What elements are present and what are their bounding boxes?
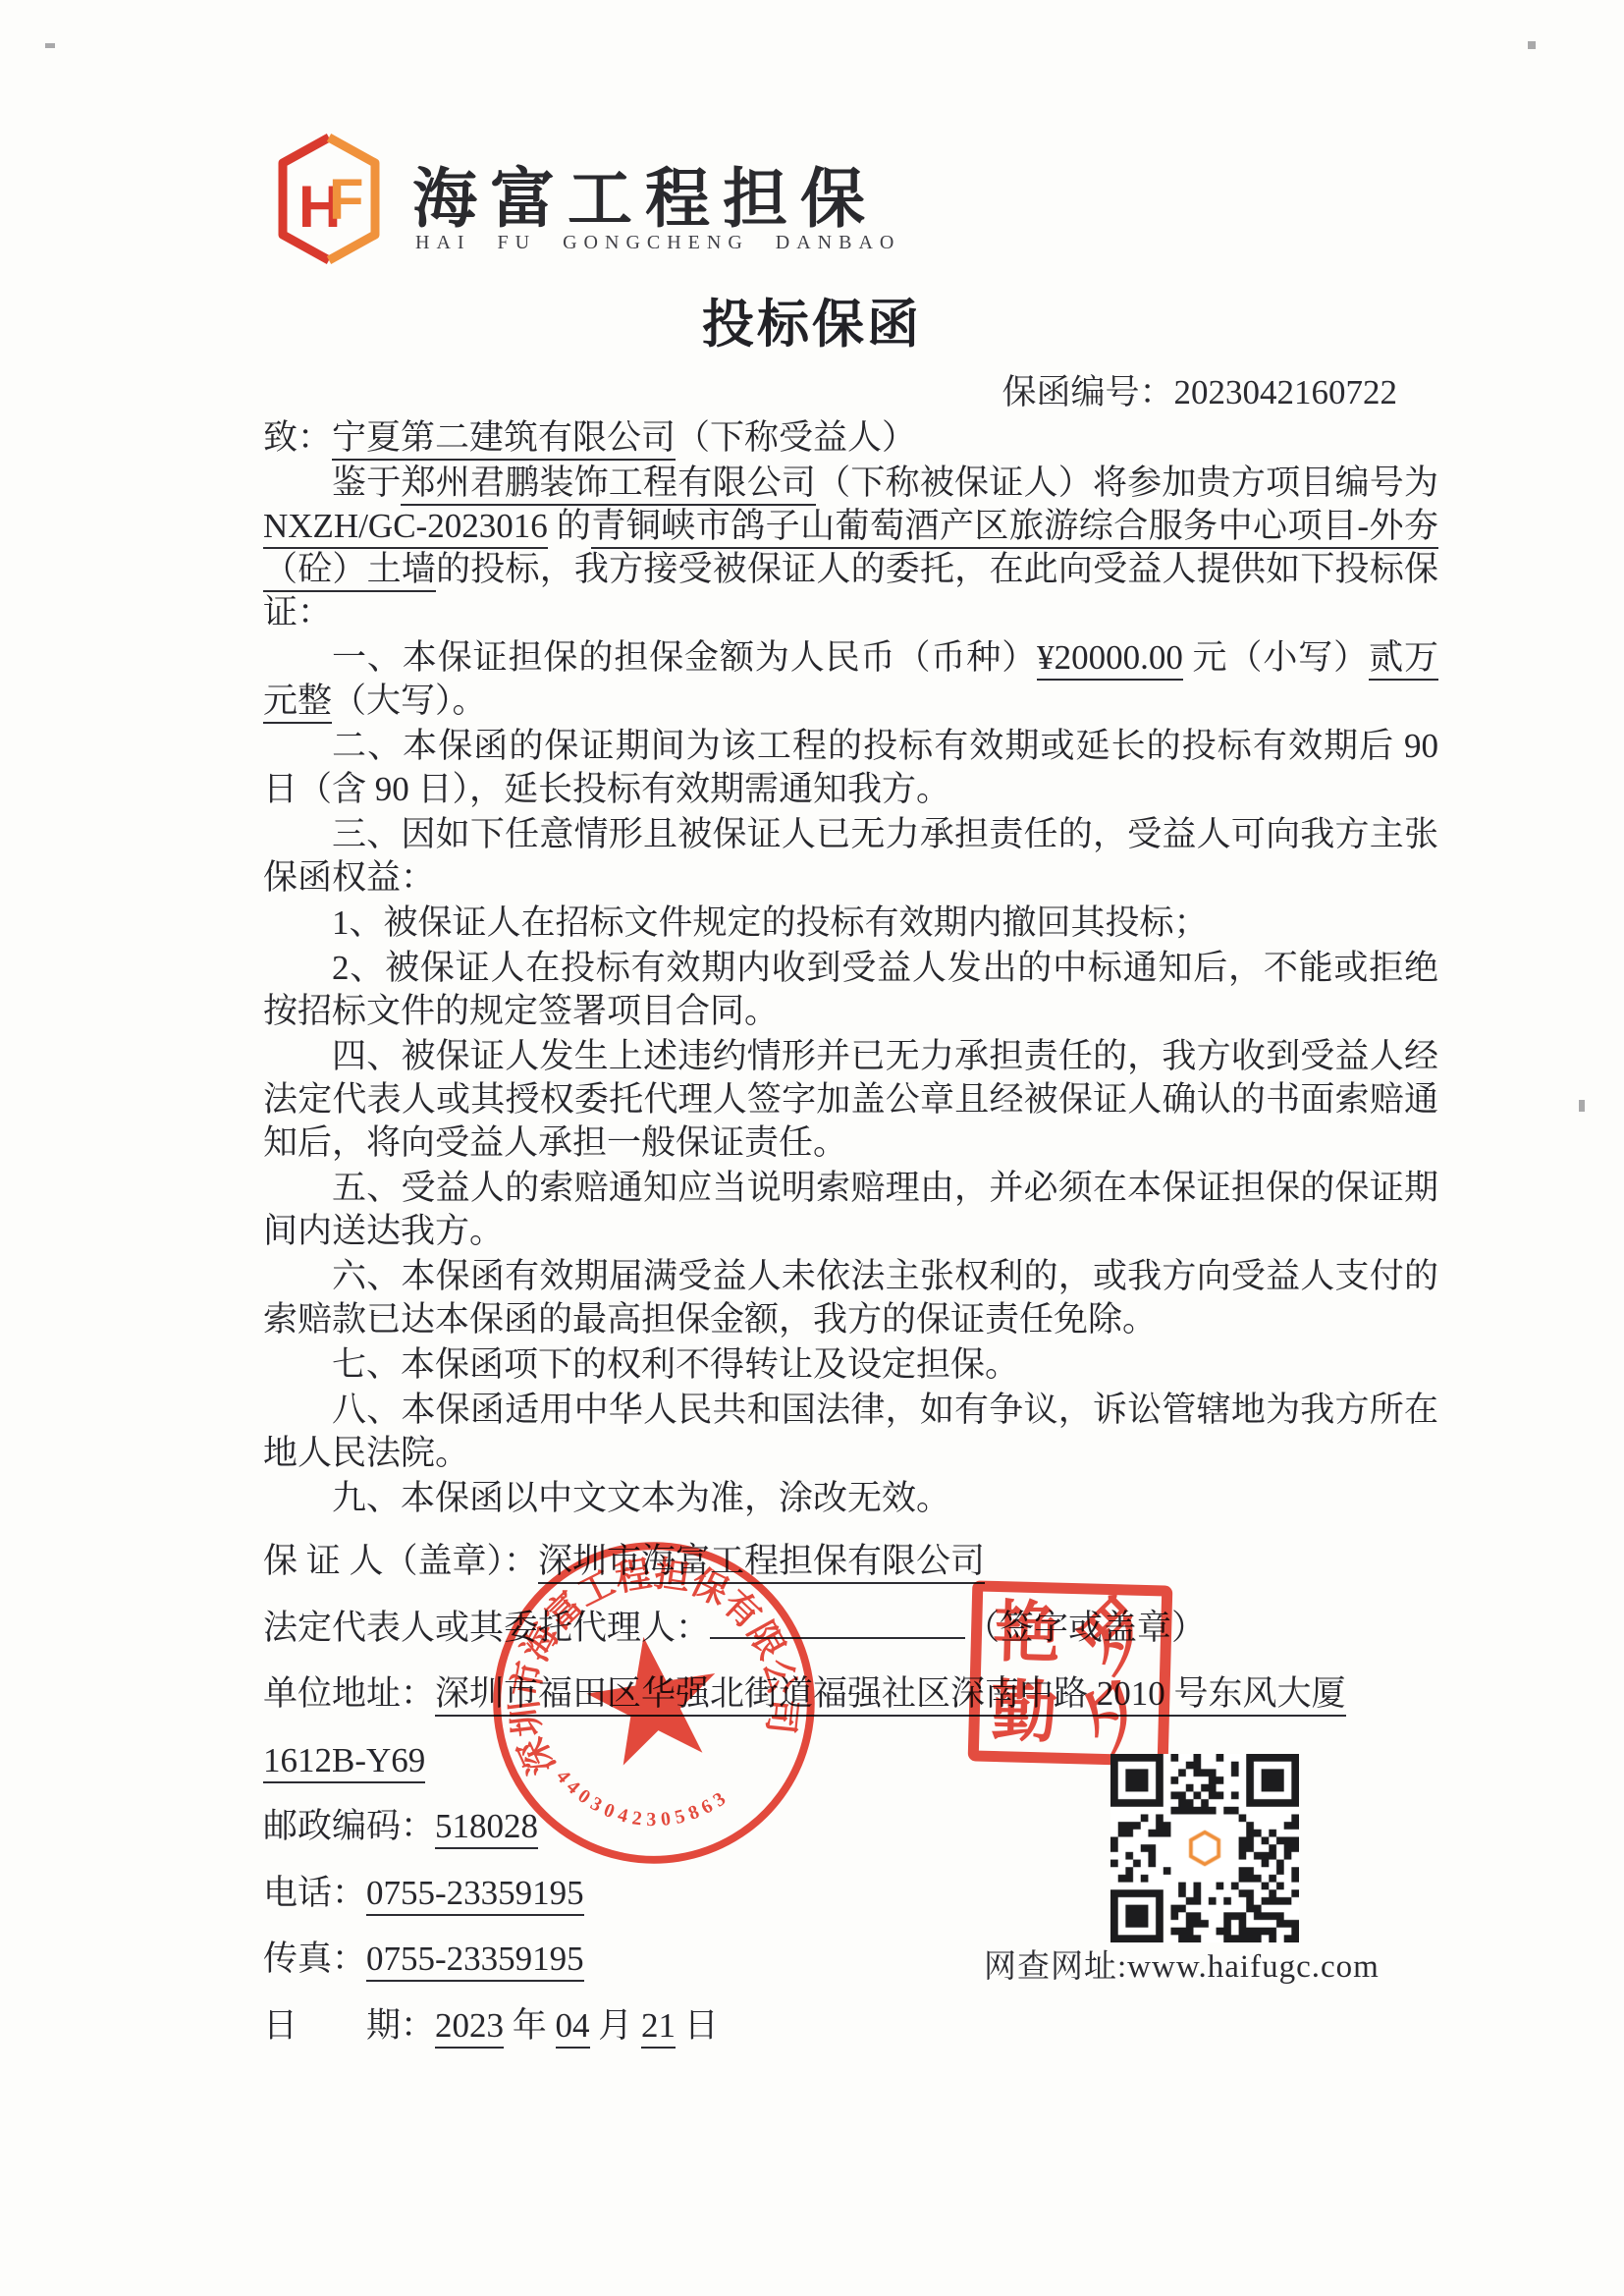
footer-line: 日 期：2023 年 04 月 21 日 (263, 1993, 1481, 2059)
brand-name: 海富工程担保 (412, 146, 878, 240)
text-segment: 四、被保证人发生上述违约情形并已无力承担责任的，我方收到受益人经法定代表人或其授… (263, 1037, 1438, 1162)
paragraph: 2、被保证人在投标有效期内收到受益人发出的中标通知后，不能或拒绝按招标文件的规定… (263, 947, 1438, 1033)
text-segment: 年 (504, 2006, 556, 2045)
seal-star-icon (579, 1626, 727, 1769)
text-segment: 六、本保函有效期届满受益人未依法主张权利的，或我方向受益人支付的索赔款已达本保函… (263, 1257, 1438, 1339)
document-title: 投标保函 (0, 283, 1624, 357)
text-segment: 元（小写） (1183, 638, 1369, 677)
text-segment: 传真： (263, 1940, 366, 1978)
paragraph: 五、受益人的索赔通知应当说明索赔理由，并必须在本保证担保的保证期间内送达我方。 (263, 1167, 1438, 1253)
paragraph: 鉴于郑州君鹏装饰工程有限公司（下称被保证人）将参加贵方项目编号为NXZH/GC-… (263, 462, 1438, 634)
filled-in-value: 0755-23359195 (366, 1940, 584, 1982)
footer-line: 法定代表人或其委托代理人：（签字或盖章） (263, 1595, 1481, 1662)
text-segment: 日 期： (263, 2006, 435, 2045)
filled-in-value: 04 (556, 2006, 590, 2049)
paragraph: 1、被保证人在招标文件规定的投标有效期内撤回其投标； (263, 902, 1438, 945)
text-segment: （下称受益人） (676, 418, 916, 457)
text-segment: 三、因如下任意情形且被保证人已无力承担责任的，受益人可向我方主张保函权益： (263, 815, 1438, 897)
document-page: H F 海富工程担保 HAI FU GONGCHENG DANBAO 投标保函 … (0, 0, 1624, 2296)
filled-in-value: ¥20000.00 (1037, 638, 1183, 681)
filled-in-value: 2023 (435, 2006, 504, 2049)
text-segment: 月 (590, 2006, 642, 2045)
paragraph: 四、被保证人发生上述违约情形并已无力承担责任的，我方收到受益人经法定代表人或其授… (263, 1035, 1438, 1165)
text-segment: （下称被保证人）将参加贵方项目编号为 (816, 464, 1438, 502)
body-paragraphs: 致：宁夏第二建筑有限公司（下称受益人）鉴于郑州君鹏装饰工程有限公司（下称被保证人… (263, 416, 1438, 1522)
qr-caption: 网查网址:www.haifugc.com (984, 1941, 1396, 1987)
filled-in-value: 宁夏第二建筑有限公司 (332, 418, 676, 461)
text-segment: 五、受益人的索赔通知应当说明索赔理由，并必须在本保证担保的保证期间内送达我方。 (263, 1169, 1438, 1250)
text-segment: 九、本保函以中文文本为准，涂改无效。 (332, 1479, 950, 1517)
text-segment: 电话： (263, 1874, 366, 1912)
text-segment: 一、本保证担保的担保金额为人民币（币种） (332, 638, 1037, 677)
text-segment: 鉴于 (332, 464, 401, 502)
text-segment: 致： (263, 418, 332, 457)
text-segment: 邮政编码： (263, 1807, 435, 1845)
text-segment: 2、被保证人在投标有效期内收到受益人发出的中标通知后，不能或拒绝按招标文件的规定… (263, 949, 1438, 1030)
paragraph: 致：宁夏第二建筑有限公司（下称受益人） (263, 416, 1438, 460)
name-stamp-char: 艳 (981, 1592, 1072, 1673)
hexagon-logo-icon: H F (275, 133, 383, 265)
text-segment: 单位地址： (263, 1674, 435, 1713)
scan-artifact (1579, 1100, 1585, 1112)
guarantee-number-label: 保函编号： (1001, 373, 1173, 411)
filled-in-value: 郑州君鹏装饰工程有限公司 (401, 464, 816, 506)
text-segment: 的 (548, 507, 592, 545)
scan-artifact (45, 43, 55, 48)
qr-code (1110, 1754, 1299, 1942)
paragraph: 二、本保函的保证期间为该工程的投标有效期或延长的投标有效期后 90 日（含 90… (263, 725, 1438, 811)
brand-name-pinyin: HAI FU GONGCHENG DANBAO (415, 232, 900, 254)
paragraph: 七、本保函项下的权利不得转让及设定担保。 (263, 1343, 1438, 1387)
paragraph: 八、本保函适用中华人民共和国法律，如有争议，诉讼管辖地为我方所在地人民法院。 (263, 1389, 1438, 1475)
company-seal: 深圳市海富工程担保有限公司 4403042305863 (459, 1507, 849, 1898)
guarantee-number-line: 保函编号：2023042160722 (1001, 365, 1397, 414)
name-stamp: 艳 罗 勤 夕 (968, 1580, 1173, 1766)
name-stamp-char: 勤 (979, 1671, 1070, 1753)
paragraph: 三、因如下任意情形且被保证人已无力承担责任的，受益人可向我方主张保函权益： (263, 813, 1438, 900)
footer-line: 保 证 人（盖章）：深圳市海富工程担保有限公司 (263, 1528, 1481, 1595)
scan-artifact (1528, 41, 1536, 49)
text-segment: 的投标，我方接受被保证人的委托，在此向受益人提供如下投标保证： (263, 550, 1438, 631)
text-segment: 1、被保证人在招标文件规定的投标有效期内撤回其投标； (332, 903, 1209, 942)
svg-text:4403042305863: 4403042305863 (550, 1741, 736, 1846)
text-segment: 二、本保函的保证期间为该工程的投标有效期或延长的投标有效期后 90 日（含 90… (263, 727, 1438, 808)
filled-in-value: 1612B-Y69 (263, 1741, 425, 1783)
filled-in-value: 21 (641, 2006, 676, 2049)
paragraph: 一、本保证担保的担保金额为人民币（币种）¥20000.00 元（小写）贰万元整（… (263, 636, 1438, 723)
guarantee-number-value: 2023042160722 (1174, 373, 1398, 411)
footer-line: 单位地址：深圳市福田区华强北街道福强社区深南中路 2010 号东风大厦 (263, 1661, 1481, 1727)
text-segment: 日 (676, 2006, 719, 2045)
seal-registration-number: 4403042305863 (550, 1741, 736, 1846)
text-segment: （大写）。 (332, 682, 487, 720)
filled-in-value: NXZH/GC-2023016 (263, 507, 548, 549)
text-segment: 八、本保函适用中华人民共和国法律，如有争议，诉讼管辖地为我方所在地人民法院。 (263, 1391, 1438, 1472)
paragraph: 六、本保函有效期届满受益人未依法主张权利的，或我方向受益人支付的索赔款已达本保函… (263, 1255, 1438, 1341)
paragraph: 九、本保函以中文文本为准，涂改无效。 (263, 1477, 1438, 1520)
text-segment: 七、本保函项下的权利不得转让及设定担保。 (332, 1345, 1019, 1384)
logo-letter-f: F (329, 168, 363, 232)
